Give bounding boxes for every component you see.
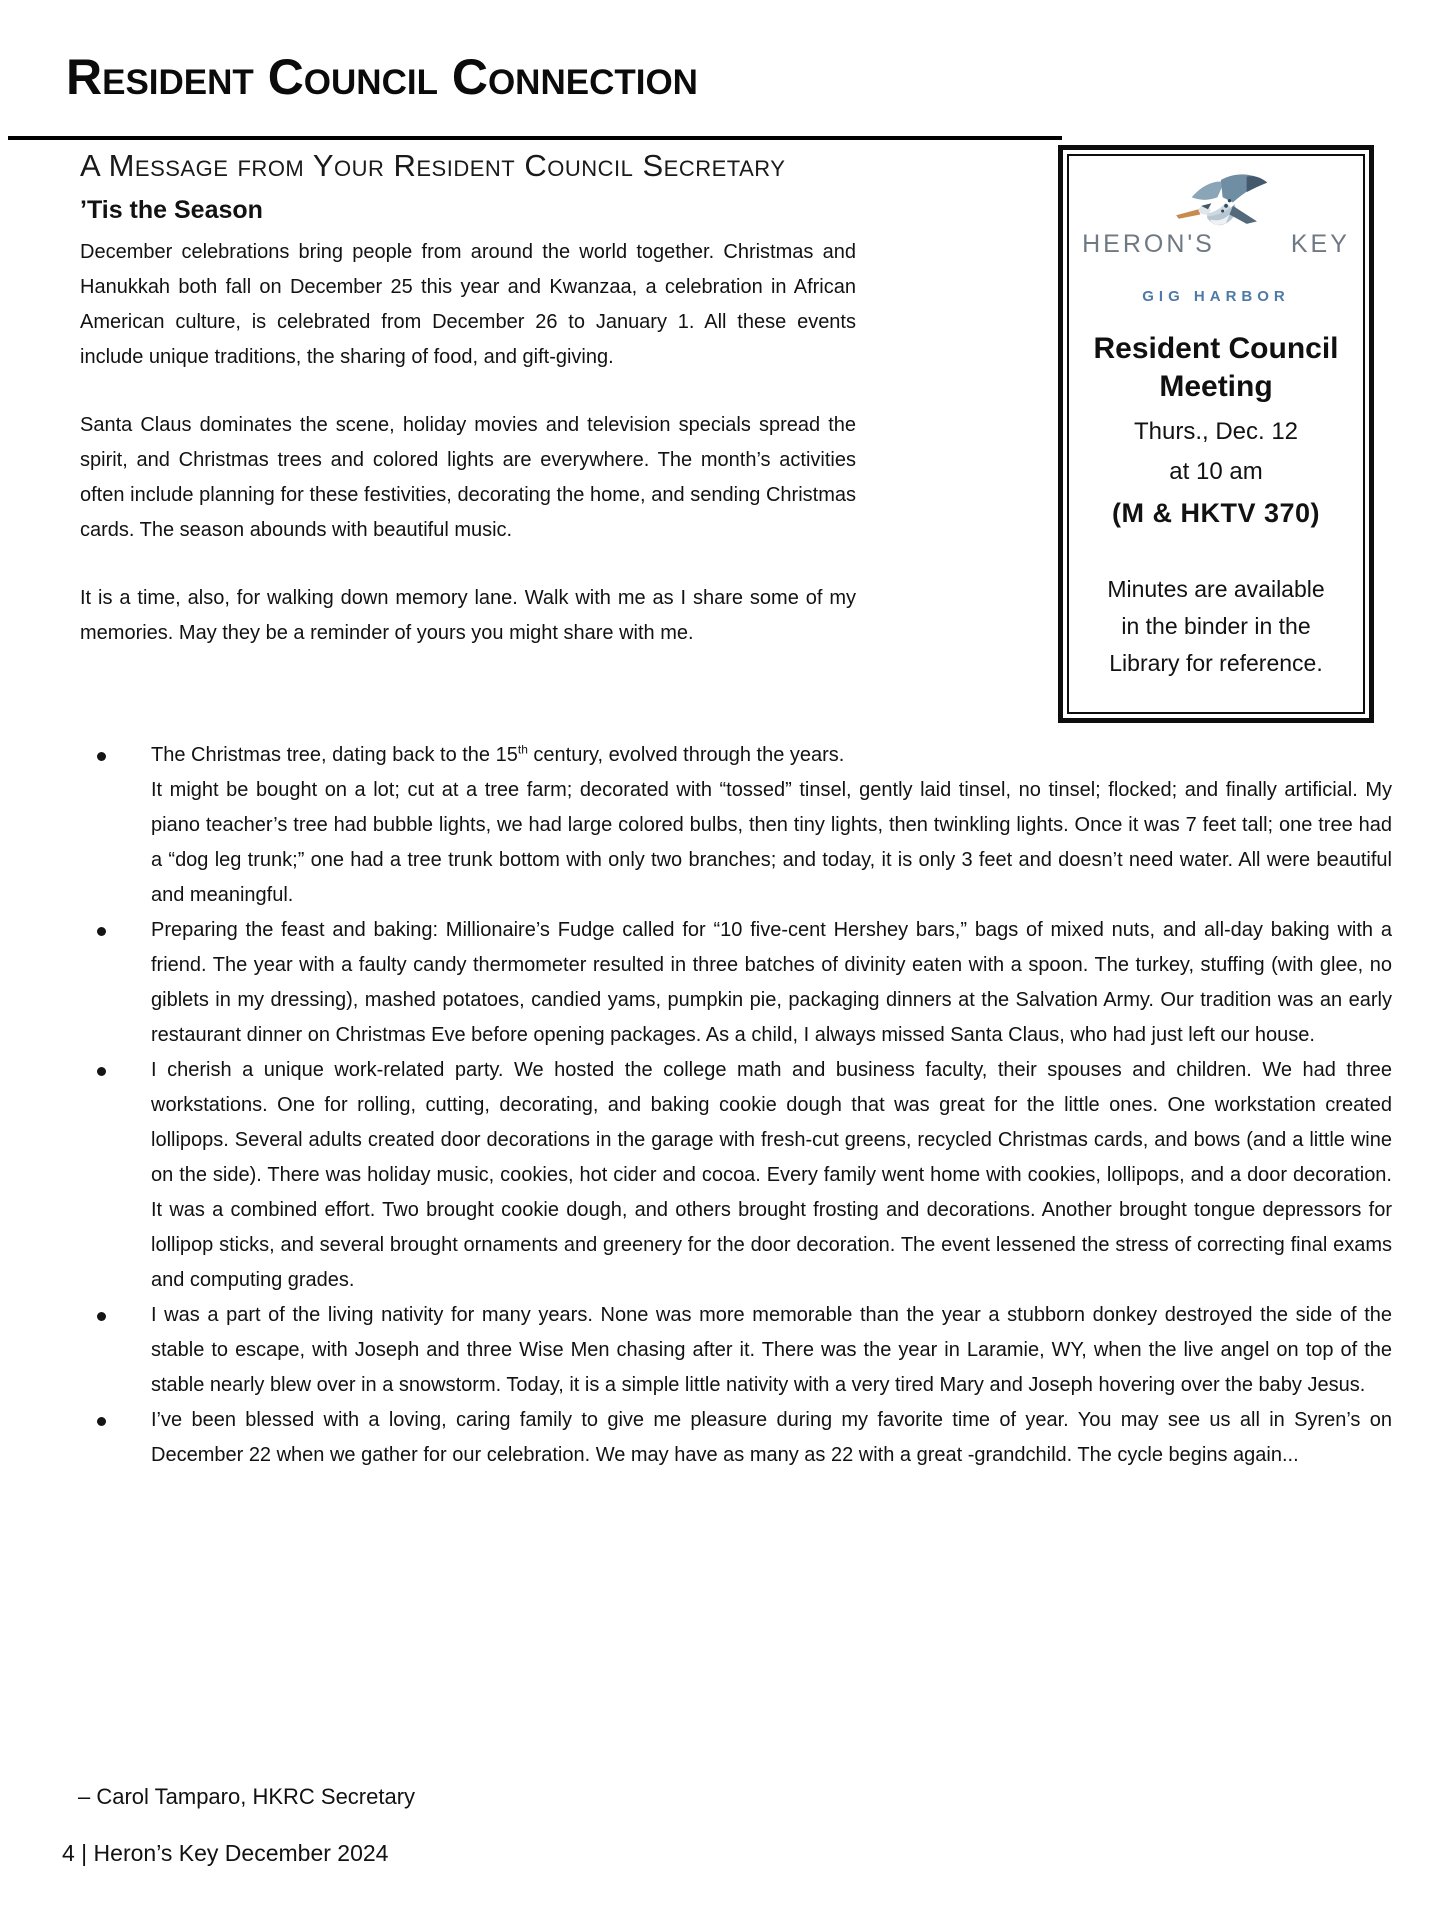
list-item: I was a part of the living nativity for … bbox=[80, 1298, 1392, 1403]
intro-paragraph-1: December celebrations bring people from … bbox=[80, 235, 856, 375]
list-item: The Christmas tree, dating back to the 1… bbox=[80, 738, 1392, 913]
logo-wordmark: HERON'S KEY bbox=[1077, 230, 1355, 259]
logo-tagline: GIG HARBOR bbox=[1077, 288, 1355, 305]
meeting-title-line1: Resident Council bbox=[1093, 332, 1338, 365]
meeting-date: Thurs., Dec. 12 bbox=[1077, 418, 1355, 446]
list-item-body: It might be bought on a lot; cut at a tr… bbox=[151, 773, 1392, 913]
list-item-intro: The Christmas tree, dating back to the 1… bbox=[151, 738, 1392, 773]
page-title: Resident Council Connection bbox=[66, 48, 698, 106]
meeting-minutes-note: Minutes are available in the binder in t… bbox=[1077, 571, 1355, 682]
article-subheading: ’Tis the Season bbox=[80, 196, 856, 225]
ordinal-superscript: th bbox=[518, 742, 528, 756]
memories-list: The Christmas tree, dating back to the 1… bbox=[80, 738, 1392, 1473]
meeting-notice-box: HERON'S KEY GIG HARBOR Resident Council … bbox=[1058, 145, 1374, 723]
section-heading: A Message from Your Resident Council Sec… bbox=[80, 148, 856, 184]
newsletter-page: Resident Council Connection A Message fr… bbox=[0, 0, 1454, 1915]
page-footer: 4 | Heron’s Key December 2024 bbox=[62, 1840, 388, 1867]
herons-key-logo: HERON'S KEY GIG HARBOR bbox=[1077, 166, 1355, 316]
list-item: I cherish a unique work-related party. W… bbox=[80, 1053, 1392, 1298]
logo-word-key: KEY bbox=[1291, 230, 1350, 259]
meeting-title: Resident Council Meeting bbox=[1077, 330, 1355, 406]
meeting-note-line2: in the binder in the bbox=[1077, 608, 1355, 645]
meeting-note-line1: Minutes are available bbox=[1077, 571, 1355, 608]
list-item-text: century, evolved through the years. bbox=[528, 744, 844, 766]
list-item: I’ve been blessed with a loving, caring … bbox=[80, 1403, 1392, 1473]
list-item: Preparing the feast and baking: Milliona… bbox=[80, 913, 1392, 1053]
meeting-channel: (M & HKTV 370) bbox=[1077, 498, 1355, 529]
byline: – Carol Tamparo, HKRC Secretary bbox=[78, 1784, 415, 1810]
intro-paragraph-3: It is a time, also, for walking down mem… bbox=[80, 581, 856, 651]
title-divider bbox=[8, 136, 1062, 140]
meeting-title-line2: Meeting bbox=[1159, 370, 1272, 403]
meeting-time: at 10 am bbox=[1077, 458, 1355, 486]
meeting-notice-inner: HERON'S KEY GIG HARBOR Resident Council … bbox=[1067, 154, 1365, 714]
message-section: A Message from Your Resident Council Sec… bbox=[80, 148, 856, 684]
meeting-note-line3: Library for reference. bbox=[1077, 645, 1355, 682]
list-item-text: The Christmas tree, dating back to the 1… bbox=[151, 744, 518, 766]
intro-paragraph-2: Santa Claus dominates the scene, holiday… bbox=[80, 408, 856, 548]
logo-word-herons: HERON'S bbox=[1082, 230, 1215, 259]
